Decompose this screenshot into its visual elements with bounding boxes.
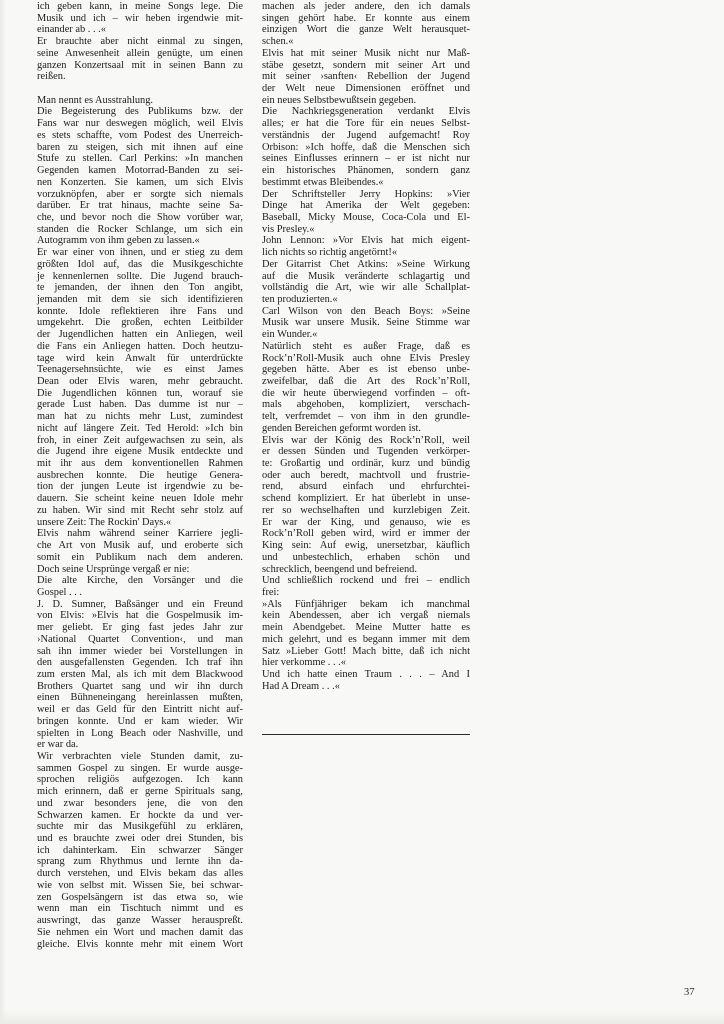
- text-line: oder auch beredt, machtvoll und frustrie…: [262, 470, 470, 482]
- text-line: gleiche. Elvis konnte mehr mit einem Wor…: [37, 939, 243, 951]
- text-line: machen als jeder andere, den ich damals: [262, 1, 470, 13]
- text-line: ›National Quartet Convention‹, und man: [37, 634, 243, 646]
- text-line: man hat zu nichts mehr Lust, zumindest: [37, 411, 243, 423]
- text-column-right: machen als jeder andere, den ich damalss…: [262, 1, 470, 692]
- text-line: die Fans ein Anliegen hatten. Doch heutz…: [37, 341, 243, 353]
- text-line: tage wird kein Anwalt für unterdrückte: [37, 353, 243, 365]
- text-line: te jemanden, der ihnen den Ton angibt,: [37, 282, 243, 294]
- text-line: hier verkomme . . .«: [262, 657, 470, 669]
- text-line: genden Bereichen geformt worden ist.: [262, 423, 470, 435]
- text-line: Gegenden kamen Motorrad-Banden zu sei-: [37, 165, 243, 177]
- text-line: verständnis der Jugend aufgemacht! Roy: [262, 130, 470, 142]
- text-line: alles; er hat die Tore für ein neues Sel…: [262, 118, 470, 130]
- text-line: lich nichts so richtig angetörnt!«: [262, 247, 470, 259]
- text-line: wie von selbst mit. Wissen Sie, bei schw…: [37, 880, 243, 892]
- text-line: suchte mir das Musikgefühl zu erklären,: [37, 821, 243, 833]
- text-line: Die alte Kirche, den Vorsänger und die: [37, 575, 243, 587]
- text-line: vis Presley.«: [262, 224, 470, 236]
- text-line: spielten in Long Beach oder Nashville, u…: [37, 728, 243, 740]
- text-line: zu haben. Wir sind mit Recht sehr stolz …: [37, 505, 243, 517]
- text-line: Baseball, Micky Mouse, Coca-Cola und El-: [262, 212, 470, 224]
- text-line: nen Konzerten. Sie kamen, um sich Elvis: [37, 177, 243, 189]
- text-line: größten Idol auf, das die Musikgeschicht…: [37, 259, 243, 271]
- text-line: jemanden mit dem sie sich identifizieren: [37, 294, 243, 306]
- text-line: Schwarzen kamen. Er hockte da und ver-: [37, 810, 243, 822]
- text-line: bestimmt etwas Bleibendes.«: [262, 177, 470, 189]
- text-line: »Als Fünfjähriger bekam ich manchmal: [262, 599, 470, 611]
- text-line: Teenagersehnsüchte, wie es einst James: [37, 364, 243, 376]
- text-line: mer geliebt. Er ging fast jedes Jahr zur: [37, 622, 243, 634]
- text-line: rend, absurd einfach und ehrfurchtei-: [262, 481, 470, 493]
- text-line: schrecklich, beengend und befreiend.: [262, 564, 470, 576]
- text-line: Gospel . . .: [37, 587, 243, 599]
- text-line: weil er das Geld für den Eintritt nicht …: [37, 704, 243, 716]
- text-line: schen.«: [262, 36, 470, 48]
- text-line: Der Schriftsteller Jerry Hopkins: »Vier: [262, 189, 470, 201]
- text-line: rer so wechselhaften und kurzlebigen Zei…: [262, 505, 470, 517]
- text-line: reißen.: [37, 71, 243, 83]
- text-line: Elvis nahm während seiner Karriere jegli…: [37, 528, 243, 540]
- text-line: frei:: [262, 587, 470, 599]
- text-line: mich gelehrt, und es begann immer mit de…: [262, 634, 470, 646]
- text-line: vorzuknöpfen, aber er sorgte sich niemal…: [37, 189, 243, 201]
- text-line: und es brauchte zwei oder drei Stunden, …: [37, 833, 243, 845]
- text-line: und zwar besonders jene, die von den: [37, 798, 243, 810]
- text-line: je kennenlernen sollte. Die Jugend brauc…: [37, 271, 243, 283]
- text-line: Carl Wilson von den Beach Boys: »Seine: [262, 306, 470, 318]
- text-line: und unbestechlich, erhaben schön und: [262, 552, 470, 564]
- text-line: einen Bühneneingang hereinlassen mußten,: [37, 692, 243, 704]
- text-line: sprochen religiös aufgezogen. Ich kann: [37, 774, 243, 786]
- text-line: Er war einer von ihnen, und er stieg zu …: [37, 247, 243, 259]
- text-line: zum ersten Mal, als ich mit dem Blackwoo…: [37, 669, 243, 681]
- text-line: sah ihn immer wieder bei Vorstellungen i…: [37, 646, 243, 658]
- text-line: Brothers Quartet sang und wir ihn durch: [37, 681, 243, 693]
- text-line: mit ihr aus dem konventionellen Rahmen: [37, 458, 243, 470]
- text-line: John Lennon: »Vor Elvis hat mich eigent-: [262, 235, 470, 247]
- text-line: der Jugendlichen hatten ein Anliegen, we…: [37, 329, 243, 341]
- text-line: bringen konnte. Und er kam wieder. Wir: [37, 716, 243, 728]
- text-line: Stufe zu stellen. Carl Perkins: »In manc…: [37, 153, 243, 165]
- text-line: Die Jugendlichen können tun, worauf sie: [37, 388, 243, 400]
- text-line: ganzen Konzertsaal mit in seinen Bann zu: [37, 60, 243, 72]
- text-line: telt, verfremdet – von ihm in den grundl…: [262, 411, 470, 423]
- text-line: mals abgehoben, kompliziert, verschach-: [262, 399, 470, 411]
- text-line: Autogramm von ihm geben zu lassen.«: [37, 235, 243, 247]
- text-line: er dessen Sünden und Tugenden verkörper-: [262, 446, 470, 458]
- text-line: umgekehrt. Die großen, echten Leitbilder: [37, 317, 243, 329]
- text-line: zen Gospelsängern ist das etwa so, wie: [37, 892, 243, 904]
- text-line: che Art von Musik auf, und eroberte sich: [37, 540, 243, 552]
- text-column-left: ich geben kann, in meine Songs lege. Die…: [37, 1, 243, 950]
- text-line: Dinge hat Amerika der Welt gegeben:: [262, 200, 470, 212]
- text-line: mein Abendgebet. Meine Mutter hatte es: [262, 622, 470, 634]
- text-line: Rock’n’Roll geben wird, wird er immer de…: [262, 528, 470, 540]
- text-line: seine Anwesenheit allein genügte, um ein…: [37, 48, 243, 60]
- text-line: zweifelbar, daß die Art des Rock’n’Roll,: [262, 376, 470, 388]
- text-line: dauern. Sie scheint keine neuen Idole me…: [37, 493, 243, 505]
- text-line: Musik war unsere Musik. Seine Stimme war: [262, 317, 470, 329]
- text-line: Wir verbrachten viele Stunden damit, zu-: [37, 751, 243, 763]
- text-line: vollständig die Art, wie wir alle Schall…: [262, 282, 470, 294]
- text-line: Der Gitarrist Chet Atkins: »Seine Wirkun…: [262, 259, 470, 271]
- text-line: ein neues Selbstbewußtsein gegeben.: [262, 95, 470, 107]
- text-line: Fans war nur deswegen möglich, weil Elvi…: [37, 118, 243, 130]
- text-line: Man nennt es Ausstrahlung.: [37, 95, 243, 107]
- text-line: Doch seine Ursprünge vergaß er nie:: [37, 564, 243, 576]
- text-line: seines Einflusses erinnern – er ist nich…: [262, 153, 470, 165]
- text-line: einander ab . . .«: [37, 24, 243, 36]
- text-line: wenn man ein Tischtuch nimmt und es: [37, 903, 243, 915]
- text-line: singen gehört habe. Er konnte aus einem: [262, 13, 470, 25]
- text-line: Orbison: »Ich hoffe, daß die Menschen si…: [262, 142, 470, 154]
- text-line: Er war der King, und genauso, wie es: [262, 517, 470, 529]
- text-line: einzigen Wort die ganze Welt herausquet-: [262, 24, 470, 36]
- text-line: ich dahinterkam. Ein schwarzer Sänger: [37, 845, 243, 857]
- text-line: Die Nachkriegsgeneration verdankt Elvis: [262, 106, 470, 118]
- text-line: konnte. Idole reflektieren ihre Fans und: [37, 306, 243, 318]
- text-line: den ausgefallensten Gegenden. Ich traf i…: [37, 657, 243, 669]
- text-line: die Jugend ihre eigene Musik entdeckte u…: [37, 446, 243, 458]
- text-line: Die Begeisterung des Publikums bzw. der: [37, 106, 243, 118]
- page-gutter-shadow: [0, 0, 6, 1024]
- text-line: auf die Musik veränderte schlagartig und: [262, 271, 470, 283]
- text-line: kein Abendessen, aber ich vergaß niemals: [262, 610, 470, 622]
- text-line: che, und bevor noch die Show vorüber war…: [37, 212, 243, 224]
- text-line: gegeben hätte. Aber es ist ebenso unbe-: [262, 364, 470, 376]
- text-line: Dean oder Elvis waren, mehr gebraucht.: [37, 376, 243, 388]
- text-line: Sie nehmen ein Wort und machen damit das: [37, 927, 243, 939]
- text-line: sammen Gospel zu singen. Er wurde ausge-: [37, 763, 243, 775]
- text-line: Elvis hat mit seiner Musik nicht nur Maß…: [262, 48, 470, 60]
- text-line: nicht auf längere Zeit. Ted Herold: »Ich…: [37, 423, 243, 435]
- text-line: Und ich hatte einen Traum . . . – And I: [262, 669, 470, 681]
- text-line: J. D. Sumner, Baßsänger und ein Freund: [37, 599, 243, 611]
- text-line: durch verstehen, und Elvis bekam das all…: [37, 868, 243, 880]
- text-line: froh, in einer Zeit aufgewachsen zu sein…: [37, 435, 243, 447]
- text-line: somit ein Publikum nach dem anderen.: [37, 552, 243, 564]
- text-line: es stets schaffte, vom Podest des Unerre…: [37, 130, 243, 142]
- text-line: gerade Lust haben. Das dumme ist nur –: [37, 399, 243, 411]
- text-line: die wir heute überwiegend vorfinden – of…: [262, 388, 470, 400]
- text-line: ein historisches Phänomen, sondern ganz: [262, 165, 470, 177]
- text-line: baren zu steigen, sich mit ihnen auf ein…: [37, 142, 243, 154]
- text-line: der Welt neue Dimensionen eröffnet und: [262, 83, 470, 95]
- text-line: ten produzierten.«: [262, 294, 470, 306]
- text-line: darüber. Er trat hinaus, machte seine Sa…: [37, 200, 243, 212]
- page-bottom-shade: [0, 1010, 724, 1024]
- text-line: mit seiner ›sanften‹ Rebellion der Jugen…: [262, 71, 470, 83]
- text-line: te: Großartig und ordinär, kurz und bünd…: [262, 458, 470, 470]
- text-line: schend kompliziert. Er hat überlebt in u…: [262, 493, 470, 505]
- text-line: auswringt, das ganze Wasser herauspreßt.: [37, 915, 243, 927]
- text-line: Satz »Lieber Gott! Mach bitte, daß ich n…: [262, 646, 470, 658]
- text-line: ich geben kann, in meine Songs lege. Die: [37, 1, 243, 13]
- text-line: von Elvis: »Elvis hat die Gospelmusik im…: [37, 610, 243, 622]
- text-line: sprang zum Rhythmus und lernte ihn da-: [37, 856, 243, 868]
- text-line: mich erinnern, daß er gerne Spirituals s…: [37, 786, 243, 798]
- text-line: Elvis war der König des Rock’n’Roll, wei…: [262, 435, 470, 447]
- text-line: ausbrechen konnte. Die heutige Genera-: [37, 470, 243, 482]
- text-line: Natürlich steht es außer Frage, daß es: [262, 341, 470, 353]
- text-line: unsere Zeit: The Rockin' Days.«: [37, 517, 243, 529]
- text-line: stäbe gesetzt, sondern mit seiner Art un…: [262, 60, 470, 72]
- text-line: [37, 83, 243, 95]
- text-line: Er brauchte aber nicht einmal zu singen,: [37, 36, 243, 48]
- text-line: tion der jungen Leute ist irgendwie zu b…: [37, 481, 243, 493]
- page-number: 37: [684, 987, 695, 998]
- text-line: King sein: Auf ewig, unersetzbar, käufli…: [262, 540, 470, 552]
- text-line: Had A Dream . . .«: [262, 681, 470, 693]
- text-line: Rock’n’Roll-Musik auch ohne Elvis Presle…: [262, 353, 470, 365]
- text-line: Und schließlich rockend und frei – endli…: [262, 575, 470, 587]
- text-line: ein Wunder.«: [262, 329, 470, 341]
- text-line: standen die Rocker Schlange, um sich ein: [37, 224, 243, 236]
- end-of-article-rule: [262, 734, 470, 735]
- text-line: Musik und ich – wir heben irgendwie mit-: [37, 13, 243, 25]
- text-line: er war da.: [37, 739, 243, 751]
